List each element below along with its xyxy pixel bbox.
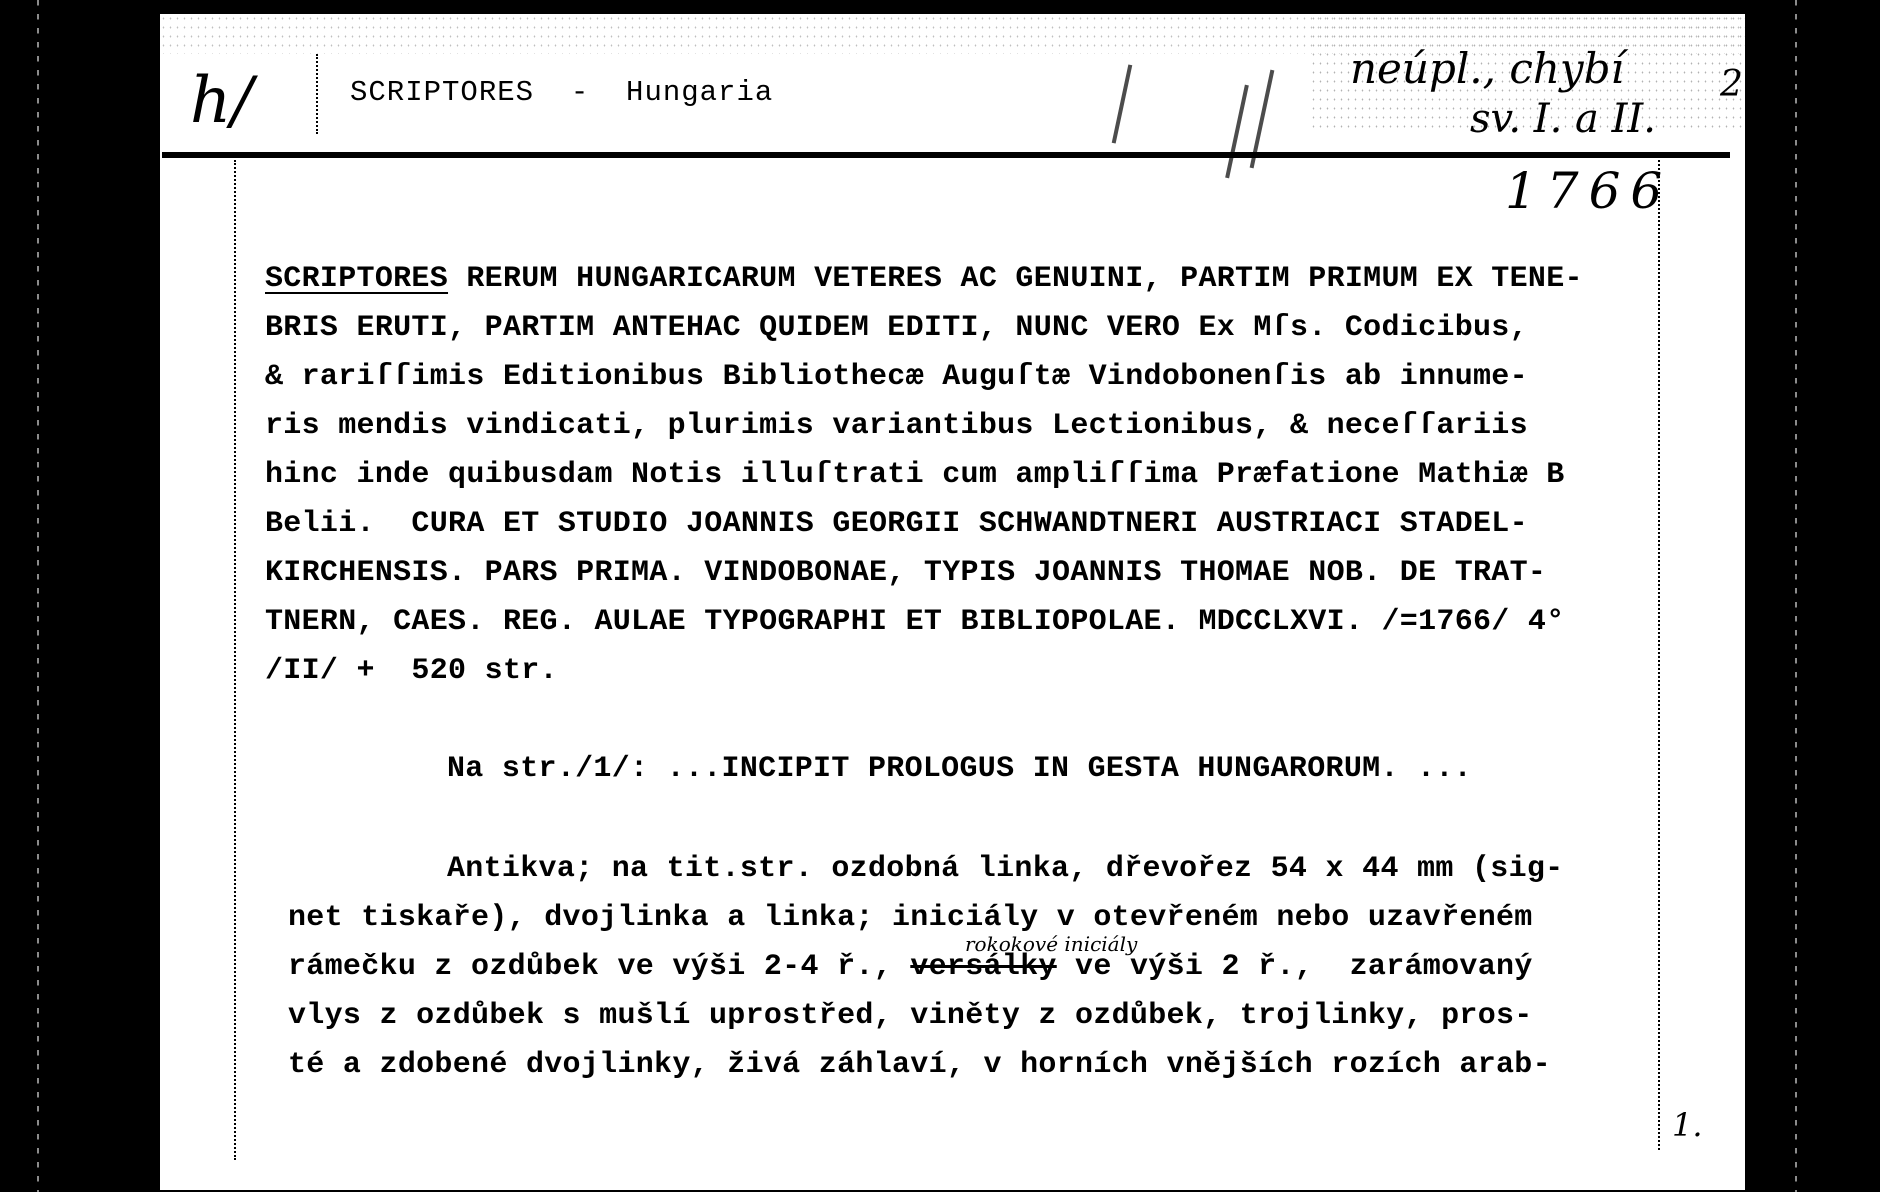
handwritten-note-suffix: 2 [1720,64,1743,105]
right-margin-line [1658,160,1660,1150]
description-line: vlys z ozdůbek s mušlí uprostřed, viněty… [288,1001,1533,1031]
citation-line: hinc inde quibusdam Notis illuſtrati cum… [265,460,1565,490]
scan-edge-noise-left [37,0,39,1192]
header-rule [162,152,1730,158]
description-line: Antikva; na tit.str. ozdobná linka, dřev… [447,854,1563,884]
citation-line: ris mendis vindicati, plurimis variantib… [265,411,1528,441]
handwritten-mark-left: h/ [190,64,253,138]
description-line: rámečku z ozdůbek ve výši 2-4 ř., versál… [288,952,1533,982]
citation-heading-word: SCRIPTORES [265,262,448,296]
citation-line: SCRIPTORES RERUM HUNGARICARUM VETERES AC… [265,264,1583,294]
citation-line: & rariſſimis Editionibus Bibliothecæ Aug… [265,362,1528,392]
incipit-line: Na str./1/: ...INCIPIT PROLOGUS IN GESTA… [447,754,1472,784]
citation-line: BRIS ERUTI, PARTIM ANTEHAC QUIDEM EDITI,… [265,313,1528,343]
handwritten-note-line1: neúpl., chybí [1350,44,1624,93]
page-number-mark: 1. [1672,1106,1703,1144]
faded-stamp-mark [1225,85,1249,179]
left-margin-line [234,160,236,1160]
handwritten-note-line2: sv. I. a II. [1470,96,1656,142]
faded-stamp-mark [1112,64,1133,143]
card-heading: SCRIPTORES - Hungaria [350,76,773,109]
citation-line: /II/ + 520 str. [265,656,558,686]
header-tick [316,54,318,134]
description-line: net tiskaře), dvojlinka a linka; iniciál… [288,903,1533,933]
handwritten-year: 1766 [1505,162,1672,220]
citation-line: KIRCHENSIS. PARS PRIMA. VINDOBONAE, TYPI… [265,558,1546,588]
description-line: té a zdobené dvojlinky, živá záhlaví, v … [288,1050,1551,1080]
struck-word: versálky [910,950,1056,984]
scan-edge-noise-right [1795,0,1797,1192]
citation-line: TNERN, CAES. REG. AULAE TYPOGRAPHI ET BI… [265,607,1565,637]
catalog-card: h/ SCRIPTORES - Hungaria neúpl., chybí s… [160,14,1745,1190]
citation-line: Belii. CURA ET STUDIO JOANNIS GEORGII SC… [265,509,1528,539]
